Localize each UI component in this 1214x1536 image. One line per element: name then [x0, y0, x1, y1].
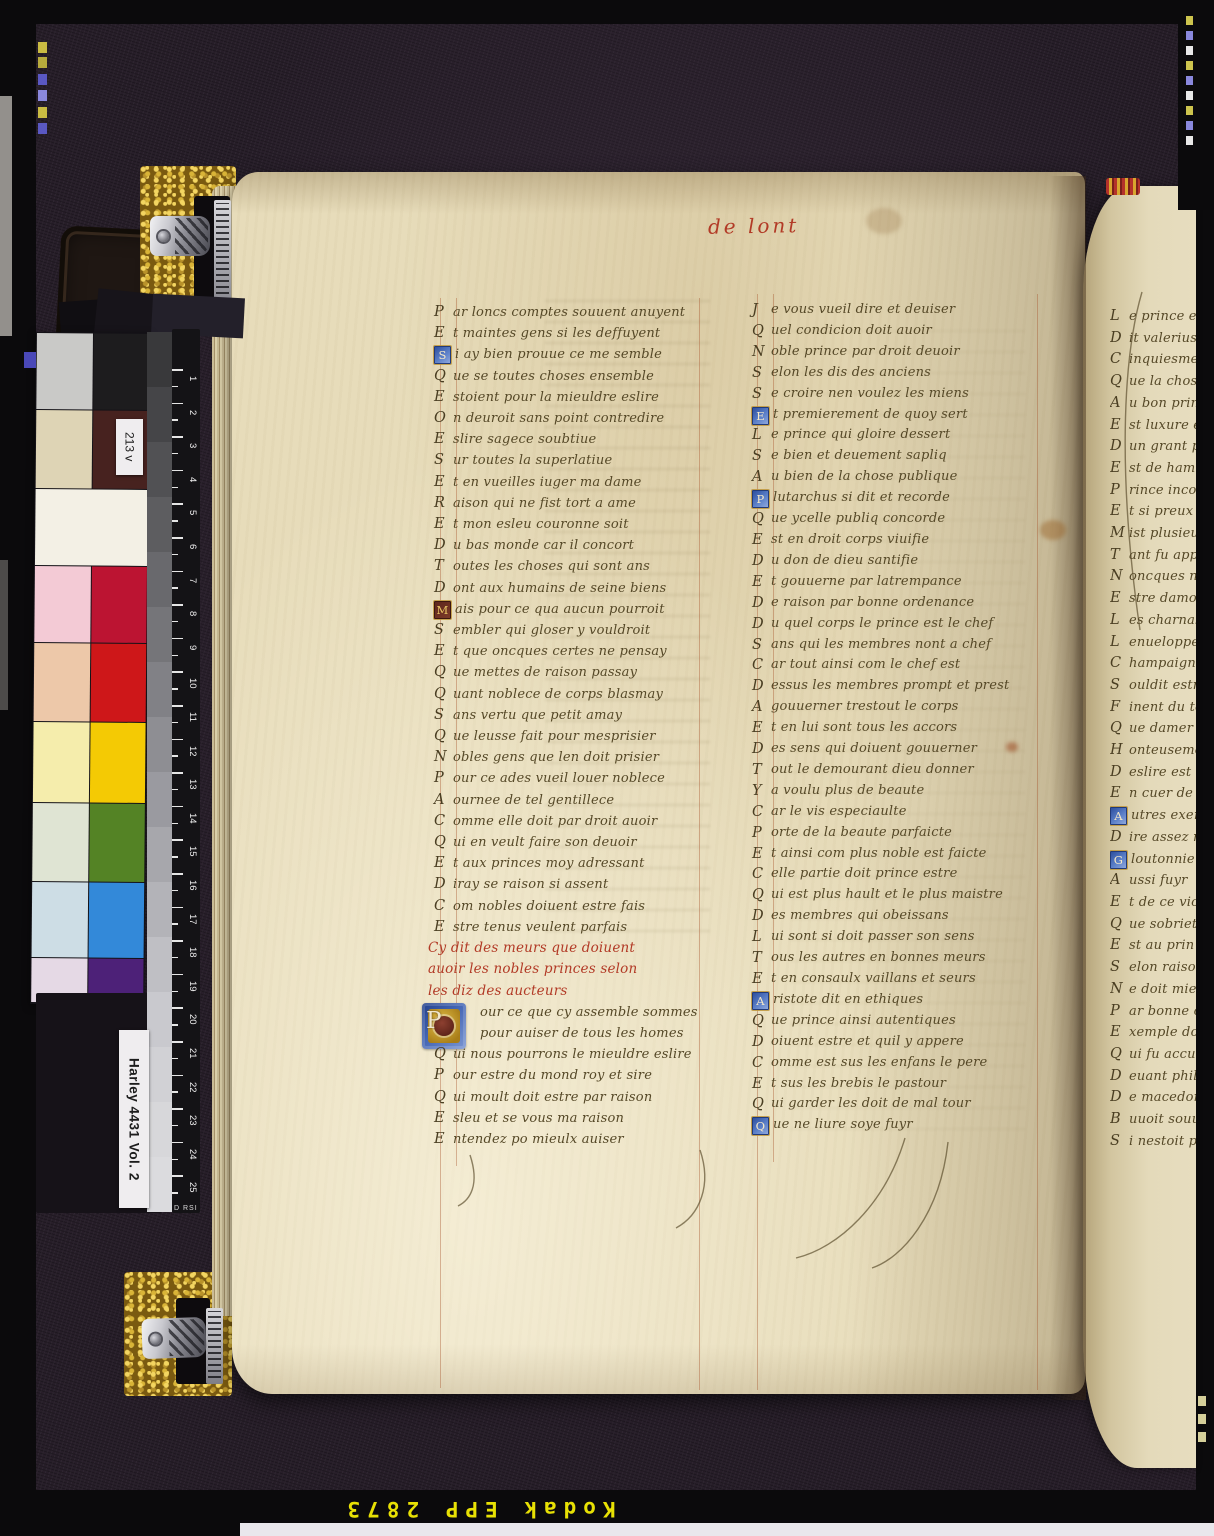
manuscript-line: Mais pour ce qua aucun pourroit — [434, 599, 710, 620]
ruler-cell: 12 — [172, 739, 200, 773]
ruler-number: 5 — [187, 510, 198, 515]
manuscript-line: Est en droit corps viuifie — [752, 530, 1046, 551]
line-text: Cy dit des meurs que doiuent — [428, 938, 635, 959]
ruler-tick-major — [172, 739, 183, 741]
color-patch — [32, 882, 88, 957]
line-text: ournee de tel gentillece — [453, 790, 614, 811]
ruler-cell: 2 — [172, 403, 200, 437]
ruler-cell: 11 — [172, 705, 200, 739]
manuscript-line: Ya voulu plus de beaute — [752, 781, 1046, 802]
line-initial: S — [752, 446, 771, 467]
manuscript-line: Et gouuerne par latrempance — [752, 572, 1046, 593]
ruler-tick-minor — [172, 688, 178, 690]
ruler-tick-minor — [172, 1091, 178, 1093]
ruler-number: 10 — [187, 678, 198, 689]
ruler-tick-minor — [172, 722, 178, 724]
ruler-cell: 25 — [172, 1175, 200, 1209]
line-text: e macedon — [1129, 1087, 1196, 1109]
line-text: ans qui les membres nont a chef — [771, 635, 991, 656]
manuscript-line: Pour ce que cy assemble sommes — [434, 1002, 710, 1023]
illuminated-initial: A — [752, 992, 769, 1010]
clip-strip-bottom — [206, 1308, 223, 1384]
line-text: stre tenus veulent parfais — [453, 917, 627, 938]
line-initial: D — [1110, 328, 1129, 350]
ruler-tick-major — [172, 839, 183, 841]
manuscript-line: Deuant phil — [1110, 1066, 1196, 1088]
color-patch — [89, 803, 145, 881]
ruler-number: 24 — [187, 1149, 198, 1160]
line-text: e raison par bonne ordenance — [771, 593, 974, 614]
manuscript-line: Est au prin — [1110, 935, 1196, 957]
line-initial: D — [752, 551, 771, 572]
ruler-tick-major — [172, 772, 183, 774]
line-text: pour auiser de tous les homes — [480, 1023, 684, 1044]
manuscript-line: Quel condicion doit auoir — [752, 321, 1046, 342]
line-text: elon les dis des anciens — [771, 363, 931, 384]
line-initial: C — [1110, 653, 1129, 675]
manuscript-line: Estre damou — [1110, 588, 1196, 610]
line-text: elon raison — [1129, 957, 1196, 979]
film-code-mark — [1186, 121, 1193, 130]
line-initial: Q — [434, 832, 453, 853]
color-chart-row — [34, 643, 147, 722]
film-code-mark — [1186, 106, 1193, 115]
manuscript-line: Celle partie doit prince estre — [752, 864, 1046, 885]
line-text: ue se toutes choses ensemble — [453, 366, 654, 387]
manuscript-line: Tous les autres en bonnes meurs — [752, 948, 1046, 969]
line-initial: D — [752, 593, 771, 614]
line-initial: E — [752, 969, 771, 990]
line-initial: Y — [752, 781, 771, 802]
ruler-tick-major — [172, 604, 183, 606]
line-initial: E — [434, 323, 453, 344]
line-text: xemple don — [1129, 1022, 1196, 1044]
ruler-cell: 1 — [172, 369, 200, 403]
manuscript-line: Esleu et se vous ma raison — [434, 1108, 710, 1129]
manuscript-line: Par loncs comptes souuent anuyent — [434, 302, 710, 323]
line-initial: E — [434, 1108, 453, 1129]
line-text: t maintes gens si les deffuyent — [453, 323, 660, 344]
line-initial: F — [1110, 697, 1129, 719]
manuscript-line: Selon les dis des anciens — [752, 363, 1046, 384]
manuscript-line: Des membres qui obeissans — [752, 906, 1046, 927]
manuscript-line: Mist plusieurs — [1110, 523, 1196, 545]
illuminated-initial: G — [1110, 851, 1127, 869]
line-text: t premierement de quoy sert — [773, 405, 968, 426]
ruler-cell: 21 — [172, 1041, 200, 1075]
manuscript-line: Et aux princes moy adressant — [434, 853, 710, 874]
ruler-tick-major — [172, 974, 183, 976]
line-text: ans vertu que petit amay — [453, 705, 622, 726]
kodak-film-label: Kodak EPP 2873 — [278, 1492, 678, 1524]
ruler-number: 9 — [187, 645, 198, 650]
ruler-tick-major — [172, 1041, 183, 1043]
ruler-tick-minor — [172, 923, 178, 925]
manuscript-line: Le prince et ch — [1110, 306, 1196, 328]
line-initial: A — [434, 790, 453, 811]
manuscript-line: Autres exem — [1110, 805, 1196, 827]
manuscript-line: Entendez po mieulx auiser — [434, 1129, 710, 1150]
line-text: ntendez po mieulx auiser — [453, 1129, 624, 1150]
color-chart-row — [32, 882, 145, 958]
line-initial: D — [752, 676, 771, 697]
ruler-tick-minor — [172, 1024, 178, 1026]
ruler-number: 15 — [187, 846, 198, 857]
ruler-cell: 4 — [172, 470, 200, 504]
ruler-number: 4 — [187, 477, 198, 482]
line-text: e vous vueil dire et deuiser — [771, 300, 955, 321]
ruler-cell: 23 — [172, 1108, 200, 1142]
illuminated-initial: A — [1110, 807, 1127, 825]
ruler-tick-major — [172, 806, 183, 808]
ruler-tick-minor — [172, 655, 178, 657]
manuscript-line: Du quel corps le prince est le chef — [752, 614, 1046, 635]
line-initial: E — [1110, 783, 1129, 805]
ruler-number: 20 — [187, 1014, 198, 1025]
manuscript-line: Qui en veult faire son deuoir — [434, 832, 710, 853]
line-text: i nestoit pe — [1129, 1131, 1196, 1153]
line-text: ist plusieurs — [1129, 523, 1196, 545]
manuscript-line: Comme elle doit par droit auoir — [434, 811, 710, 832]
line-initial: H — [1110, 740, 1129, 762]
ruler-number: 17 — [187, 914, 198, 925]
manuscript-line: Finent du tou — [1110, 697, 1196, 719]
manuscript-line: Buuoit souu — [1110, 1109, 1196, 1131]
line-text: e prince qui gloire dessert — [771, 425, 950, 446]
film-code-mark — [24, 352, 36, 368]
line-initial: E — [1110, 1022, 1129, 1044]
film-code-mark — [1186, 76, 1193, 85]
ruler-tick-major — [172, 537, 183, 539]
ruler-tick-major — [172, 1007, 183, 1009]
film-code-mark — [38, 42, 47, 53]
binder-clip-bottom — [141, 1317, 206, 1359]
line-initial: D — [752, 614, 771, 635]
line-initial: E — [752, 572, 771, 593]
line-text: es membres qui obeissans — [771, 906, 949, 927]
color-chart-row — [34, 566, 147, 643]
ruler-tick-minor — [172, 789, 178, 791]
line-initial: E — [1110, 588, 1129, 610]
line-initial: E — [1110, 415, 1129, 437]
line-initial: T — [1110, 545, 1129, 567]
line-text: ussi fuyr — [1129, 870, 1188, 892]
film-code-mark — [38, 107, 47, 118]
line-text: n cuer de pr — [1129, 783, 1196, 805]
line-text: t de ce vic — [1129, 892, 1196, 914]
line-initial: C — [434, 896, 453, 917]
line-initial: C — [1110, 349, 1129, 371]
line-text: e doit mie — [1129, 979, 1196, 1001]
manuscript-line: Exemple don — [1110, 1022, 1196, 1044]
line-initial: Q — [1110, 1044, 1129, 1066]
manuscript-line: Com nobles doiuent estre fais — [434, 896, 710, 917]
ruler-cell: 19 — [172, 974, 200, 1008]
line-initial: C — [752, 802, 771, 823]
manuscript-line: Qui moult doit estre par raison — [434, 1087, 710, 1108]
illuminated-initial: E — [752, 407, 769, 425]
line-text: elle partie doit prince estre — [771, 864, 957, 885]
manuscript-line: Que prince ainsi autentiques — [752, 1011, 1046, 1032]
ruler-tick-major — [172, 369, 183, 371]
line-text: un grant p — [1129, 436, 1196, 458]
line-text: uuoit souu — [1129, 1109, 1196, 1131]
manuscript-line: Diray se raison si assent — [434, 874, 710, 895]
manuscript-line: Selon raison — [1110, 957, 1196, 979]
line-initial: D — [1110, 1087, 1129, 1109]
ruler-cell: 9 — [172, 638, 200, 672]
manuscript-line: Que ycelle publiq concorde — [752, 509, 1046, 530]
manuscript-line: Et ainsi com plus noble est faicte — [752, 844, 1046, 865]
ruler-number: 11 — [187, 712, 198, 722]
manuscript-line: Pour ce ades vueil louer noblece — [434, 768, 710, 789]
shelfmark-label: Harley 4431 Vol. 2 — [119, 1030, 149, 1208]
ruler-tick-major — [172, 873, 183, 875]
line-initial: E — [434, 429, 453, 450]
rubric-line: Cy dit des meurs que doiuent — [428, 938, 710, 959]
line-initial: C — [434, 811, 453, 832]
manuscript-line: Plutarchus si dit et recorde — [752, 488, 1046, 509]
ruler-cell: 22 — [172, 1075, 200, 1109]
line-initial: C — [752, 1053, 771, 1074]
line-text: t gouuerne par latrempance — [771, 572, 962, 593]
ruler-cell: 10 — [172, 671, 200, 705]
color-patch — [91, 566, 147, 642]
manuscript-line: Les charnali — [1110, 610, 1196, 632]
color-chart-row — [32, 803, 145, 882]
line-initial: Q — [752, 1094, 771, 1115]
ruler-number: 23 — [187, 1115, 198, 1126]
line-text: essus les membres prompt et prest — [771, 676, 1009, 697]
line-initial: L — [752, 927, 771, 948]
line-initial: P — [1110, 480, 1129, 502]
color-patch — [88, 882, 144, 957]
line-initial: M — [1110, 523, 1129, 545]
line-initial: N — [434, 747, 453, 768]
color-patch — [90, 643, 146, 721]
line-text: t en lui sont tous les accors — [771, 718, 957, 739]
ruler-number: 6 — [187, 544, 198, 549]
line-text: e bien et deuement sapliq — [771, 446, 947, 467]
ruler-tick-major — [172, 907, 183, 909]
manuscript-line: Dit valerius c — [1110, 328, 1196, 350]
manuscript-line: Tant fu appr — [1110, 545, 1196, 567]
line-text: onteusemen — [1129, 740, 1196, 762]
manuscript-line: Dont aux humains de seine biens — [434, 578, 710, 599]
line-text: oncques ne — [1129, 566, 1196, 588]
line-initial: R — [434, 493, 453, 514]
line-text: u bon prince c — [1129, 393, 1196, 415]
manuscript-line: Et en vueilles iuger ma dame — [434, 472, 710, 493]
manuscript-line: On deuroit sans point contredire — [434, 408, 710, 429]
manuscript-line: Et mon esleu couronne soit — [434, 514, 710, 535]
line-initial: O — [434, 408, 453, 429]
manuscript-photograph: D RSI 1234567891011121314151617181920212… — [0, 0, 1214, 1536]
manuscript-line: Et que oncques certes ne pensay — [434, 641, 710, 662]
line-text: ui est plus hault et le plus maistre — [771, 885, 1003, 906]
ruler-number: 13 — [187, 779, 198, 790]
manuscript-line: Aristote dit en ethiques — [752, 990, 1046, 1011]
manuscript-line: Pour estre du mond roy et sire — [434, 1065, 710, 1086]
manuscript-line: Noncques ne — [1110, 566, 1196, 588]
illuminated-initial: M — [434, 601, 451, 619]
illuminated-initial: Q — [752, 1117, 769, 1135]
illuminated-initial: P — [752, 490, 769, 508]
line-initial: Q — [1110, 718, 1129, 740]
film-code-mark — [38, 74, 47, 85]
line-text: ire assez m — [1129, 827, 1196, 849]
line-initial: D — [1110, 827, 1129, 849]
line-text: our estre du mond roy et sire — [453, 1065, 652, 1086]
manuscript-line: Sans vertu que petit amay — [434, 705, 710, 726]
ruler-number: 7 — [187, 578, 198, 583]
line-text: embler qui gloser y vouldroit — [453, 620, 650, 641]
ruler-tick-minor — [172, 1058, 178, 1060]
manuscript-line: Estoient pour la mieuldre eslire — [434, 387, 710, 408]
line-text: slire sagece soubtiue — [453, 429, 596, 450]
line-initial: S — [1110, 1131, 1129, 1153]
manuscript-line: Au bien de la chose publique — [752, 467, 1046, 488]
manuscript-line: Raison qui ne fist tort a ame — [434, 493, 710, 514]
line-initial: D — [752, 906, 771, 927]
line-initial: P — [1110, 1001, 1129, 1023]
line-text: n deuroit sans point contredire — [453, 408, 664, 429]
ruler-cell: 24 — [172, 1142, 200, 1176]
ruler-number: 19 — [187, 981, 198, 992]
ruler-tick-major — [172, 403, 183, 405]
line-text: omme est sus les enfans le pere — [771, 1053, 987, 1074]
line-text: ui fu accu — [1129, 1044, 1196, 1066]
line-initial: N — [1110, 979, 1129, 1001]
manuscript-line: De macedon — [1110, 1087, 1196, 1109]
line-text: ue mettes de raison passay — [453, 662, 637, 683]
color-patch — [32, 803, 88, 881]
line-text: st de hami — [1129, 458, 1196, 480]
line-text: t que oncques certes ne pensay — [453, 641, 667, 662]
line-text: euant phil — [1129, 1066, 1196, 1088]
ruler-number: 1 — [187, 376, 198, 381]
line-initial: E — [752, 530, 771, 551]
line-initial: P — [434, 302, 453, 323]
manuscript-line: Se bien et deuement sapliq — [752, 446, 1046, 467]
line-initial: Q — [434, 366, 453, 387]
ruler-cell: 6 — [172, 537, 200, 571]
ruler-tick-minor — [172, 856, 178, 858]
line-text: stoient pour la mieuldre eslire — [453, 387, 659, 408]
manuscript-line: Si ay bien prouue ce me semble — [434, 344, 710, 365]
line-initial: E — [434, 472, 453, 493]
line-text: lutarchus si dit et recorde — [773, 488, 950, 509]
facing-page-text-column: Le prince et chDit valerius cCinquiesme … — [1110, 306, 1196, 1152]
ruler-cell: 20 — [172, 1007, 200, 1041]
manuscript-line: Que leusse fait pour mesprisier — [434, 726, 710, 747]
manuscript-line: Dire assez m — [1110, 827, 1196, 849]
line-initial: P — [434, 1065, 453, 1086]
ruler-tick-minor — [172, 1159, 178, 1161]
rubric-line: auoir les nobles princes selon — [428, 959, 710, 980]
line-text: out le demourant dieu donner — [771, 760, 974, 781]
line-initial: Q — [434, 684, 453, 705]
ruler-tick-minor — [172, 419, 178, 421]
manuscript-line: Et premierement de quoy sert — [752, 405, 1046, 426]
ruler-tick-major — [172, 705, 183, 707]
line-initial: E — [434, 514, 453, 535]
folio-label: 213 v — [116, 419, 143, 475]
line-initial: A — [752, 467, 771, 488]
ruler-number: 16 — [187, 880, 198, 891]
color-chart-row — [33, 722, 146, 803]
line-initial: Q — [752, 1011, 771, 1032]
film-code-mark — [1186, 91, 1193, 100]
manuscript-line: Sans qui les membres nont a chef — [752, 635, 1046, 656]
ruler-tick-minor — [172, 587, 178, 589]
line-initial: E — [752, 1074, 771, 1095]
line-text: it valerius c — [1129, 328, 1196, 350]
ruler-tick-major — [172, 1175, 183, 1177]
manuscript-line: Et en lui sont tous les accors — [752, 718, 1046, 739]
ruler-tick-minor — [172, 554, 178, 556]
line-text: ue ne liure soye fuyr — [773, 1115, 913, 1136]
ruler-cell: 15 — [172, 839, 200, 873]
ruler-number: 25 — [187, 1182, 198, 1193]
manuscript-line: Du bas monde car il concort — [434, 535, 710, 556]
manuscript-line: Et maintes gens si les deffuyent — [434, 323, 710, 344]
line-initial: L — [1110, 632, 1129, 654]
manuscript-line: Prince incont — [1110, 480, 1196, 502]
manuscript-line: Quant noblece de corps blasmay — [434, 684, 710, 705]
ruler-cell: 3 — [172, 436, 200, 470]
line-text: t aux princes moy adressant — [453, 853, 645, 874]
line-text: loutonnie — [1131, 849, 1195, 871]
manuscript-line: Cinquiesme c — [1110, 349, 1196, 371]
ruler-tick-major — [172, 671, 183, 673]
line-text: ais pour ce qua aucun pourroit — [455, 599, 665, 620]
ruler-tick-minor — [172, 453, 178, 455]
manuscript-line: De raison par bonne ordenance — [752, 593, 1046, 614]
line-text: hampaigne — [1129, 653, 1196, 675]
ruler-cell: 8 — [172, 604, 200, 638]
ruler-number: 12 — [187, 746, 198, 757]
manuscript-line: Dessus les membres prompt et prest — [752, 676, 1046, 697]
ruler-tick-minor — [172, 520, 178, 522]
line-text: t mon esleu couronne soit — [453, 514, 629, 535]
ruler-number: 22 — [187, 1082, 198, 1093]
line-text: ar loncs comptes souuent anuyent — [453, 302, 685, 323]
manuscript-line: En cuer de pr — [1110, 783, 1196, 805]
line-text: ue prince ainsi autentiques — [771, 1011, 956, 1032]
manuscript-line: Car tout ainsi com le chef est — [752, 655, 1046, 676]
ruler-cell: 5 — [172, 503, 200, 537]
line-initial: L — [752, 425, 771, 446]
ruler-number: 3 — [187, 443, 198, 448]
manuscript-line: Que la chose p — [1110, 371, 1196, 393]
manuscript-line: Champaigne — [1110, 653, 1196, 675]
text-column-b: Je vous vueil dire et deuiserQuel condic… — [752, 300, 1046, 1136]
ruler-tick-minor — [172, 957, 178, 959]
line-text: e prince et ch — [1129, 306, 1196, 328]
line-initial: D — [434, 874, 453, 895]
ruler-tick-major — [172, 470, 183, 472]
line-text: uant noblece de corps blasmay — [453, 684, 663, 705]
line-initial: E — [434, 1129, 453, 1150]
line-initial: E — [1110, 892, 1129, 914]
ruler-tick-major — [172, 638, 183, 640]
manuscript-line: Deslire est — [1110, 762, 1196, 784]
line-text: aison qui ne fist tort a ame — [453, 493, 636, 514]
manuscript-line: pour auiser de tous les homes — [434, 1023, 710, 1044]
ruler-number: 18 — [187, 947, 198, 958]
manuscript-line: Lui sont si doit passer son sens — [752, 927, 1046, 948]
